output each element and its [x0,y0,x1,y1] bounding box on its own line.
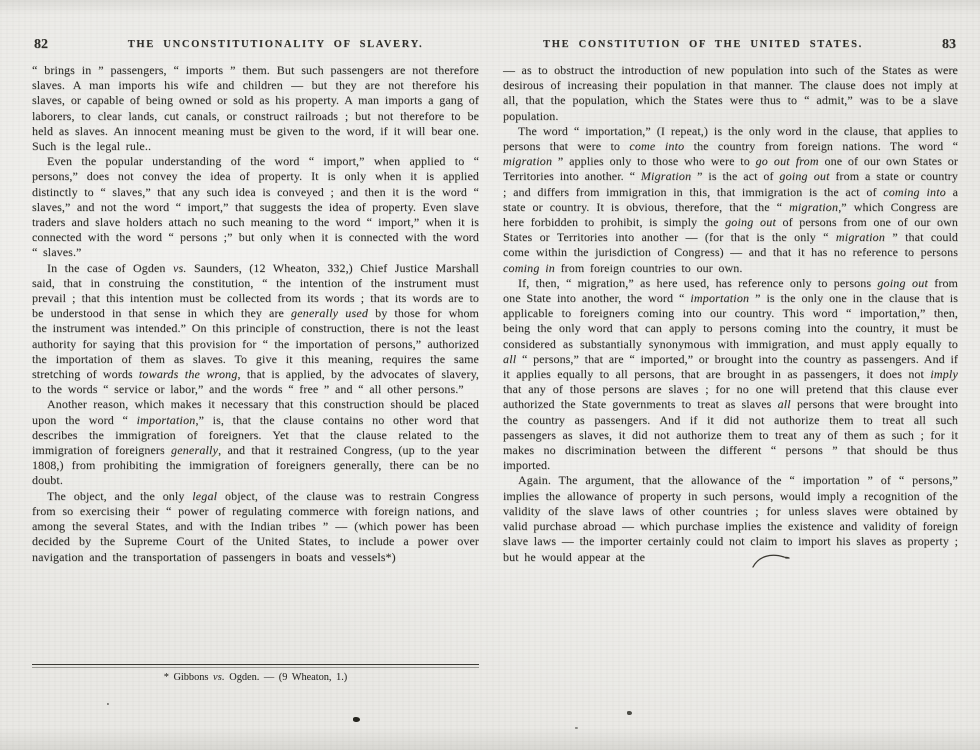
paragraph: The word “ importation,” (I repeat,) is … [503,124,958,276]
left-page: 82 THE UNCONSTITUTIONALITY OF SLAVERY. “… [32,0,479,750]
right-page-body: — as to obstruct the introduction of new… [503,63,958,565]
italic-text-run: towards the wrong [139,367,238,381]
paragraph: Again. The argument, that the allowance … [503,473,958,564]
italic-text-run: migration [789,200,838,214]
left-running-head: THE UNCONSTITUTIONALITY OF SLAVERY. [72,39,479,50]
paragraph: Even the popular understanding of the wo… [32,154,479,260]
text-run: ” is the act of [691,169,779,183]
paragraph: * Gibbons vs. Ogden. — (9 Wheaton, 1.) [32,672,479,683]
left-page-body: “ brings in ” passengers, “ imports ” th… [32,63,479,565]
scan-speck [627,711,632,715]
text-run: “ persons,” that are “ imported,” or bro… [503,352,958,381]
italic-text-run: generally [171,443,218,457]
italic-text-run: generally used [291,306,368,320]
paragraph: In the case of Ogden vs. Saunders, (12 W… [32,261,479,398]
right-running-head: THE CONSTITUTION OF THE UNITED STATES. [503,39,903,50]
text-run: — as to obstruct the introduction of new… [503,63,958,123]
italic-text-run: all [778,397,791,411]
text-run: Again. The argument, that the allowance … [503,473,958,563]
text-run: “ brings in ” passengers, “ imports ” th… [32,63,479,153]
footnote-block: * Gibbons vs. Ogden. — (9 Wheaton, 1.) [32,664,479,683]
italic-text-run: coming in [503,261,555,275]
text-run: Even the popular understanding of the wo… [32,154,479,259]
italic-text-run: come into [629,139,684,153]
italic-text-run: go out from [756,154,819,168]
italic-text-run: all [503,352,516,366]
italic-text-run: coming into [883,185,946,199]
text-run: * Gibbons [164,672,213,683]
italic-text-run: vs. [213,672,225,683]
footnote-rule [32,664,479,668]
pen-flourish-icon [751,552,793,570]
paragraph: — as to obstruct the introduction of new… [503,63,958,124]
text-run: from foreign countries to our own. [555,261,742,275]
scan-speck [107,703,109,705]
paragraph: The object, and the only legal object, o… [32,489,479,565]
text-run: The object, and the only [47,489,192,503]
text-run: If, then, “ migration,” as here used, ha… [518,276,877,290]
italic-text-run: going out [725,215,776,229]
italic-text-run: migration [503,154,552,168]
italic-text-run: migration [836,230,885,244]
italic-text-run: importation [137,413,196,427]
right-page-number: 83 [942,37,956,53]
italic-text-run: imply [930,367,958,381]
left-page-number: 82 [34,37,48,53]
italic-text-run: importation [690,291,749,305]
paragraph: “ brings in ” passengers, “ imports ” th… [32,63,479,154]
text-run: ” applies only to those who were to [552,154,755,168]
right-page: THE CONSTITUTION OF THE UNITED STATES. 8… [503,0,958,750]
paragraph: If, then, “ migration,” as here used, ha… [503,276,958,474]
text-run: In the case of Ogden [47,261,173,275]
left-running-head-row: 82 THE UNCONSTITUTIONALITY OF SLAVERY. [32,39,479,54]
paragraph: Another reason, which makes it necessary… [32,397,479,488]
scan-speck [353,717,360,722]
italic-text-run: going out [779,169,829,183]
footnote-text: * Gibbons vs. Ogden. — (9 Wheaton, 1.) [32,672,479,683]
text-run: the country from foreign nations. The wo… [684,139,958,153]
right-running-head-row: THE CONSTITUTION OF THE UNITED STATES. 8… [503,39,958,54]
italic-text-run: Migration [641,169,691,183]
scan-speck [575,727,578,729]
italic-text-run: vs. [173,261,187,275]
italic-text-run: legal [192,489,217,503]
text-run: Ogden. — (9 Wheaton, 1.) [225,672,347,683]
italic-text-run: going out [877,276,928,290]
